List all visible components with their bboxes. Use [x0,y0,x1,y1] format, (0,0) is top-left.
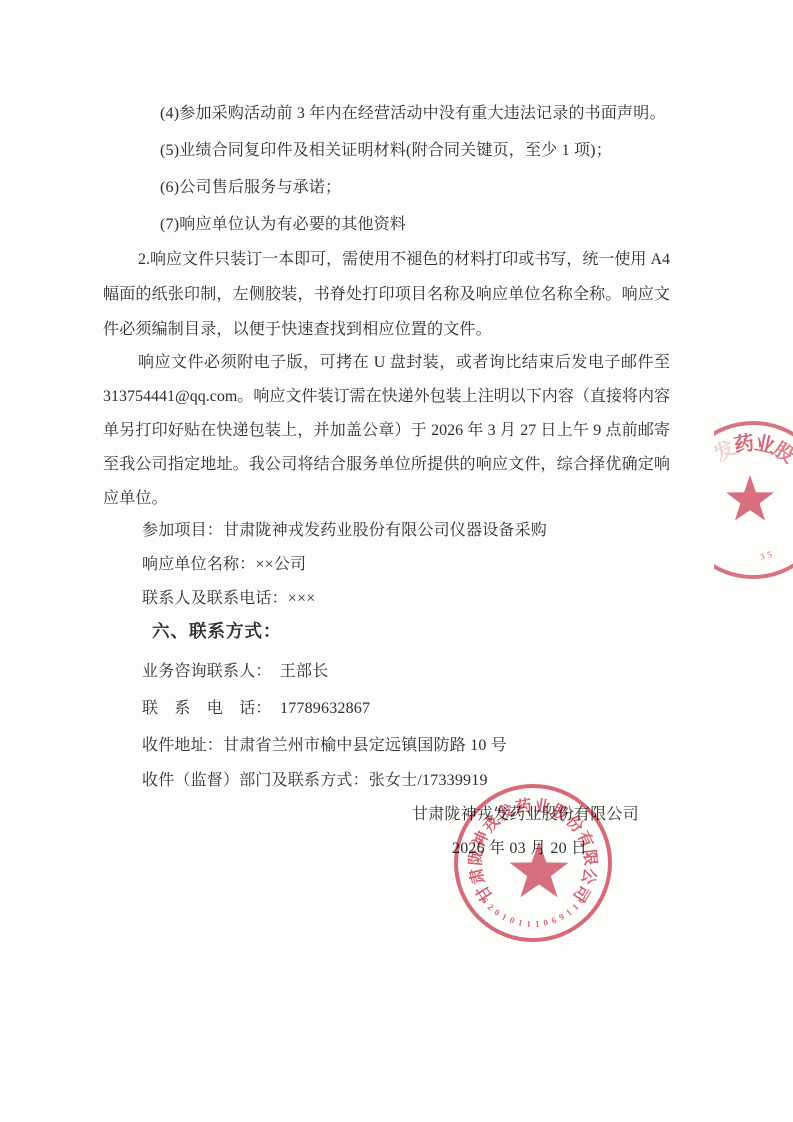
seal-arc-char: 公 [577,865,599,887]
para-submit-line-2: 313754441@qq.com。响应文件装订需在快递外包装上注明以下内容（直接… [103,386,670,408]
star-icon [724,474,776,526]
seal-arc-char: 1 [498,910,512,924]
para-binding-line-2: 幅面的纸张印制，左侧胶装，书脊处打印项目名称及响应单位名称全称。响应文 [103,284,670,306]
seal-serial-fragment: 35 [759,548,776,562]
list-item-5: (5)业绩合同复印件及相关证明材料(附合同关键页，至少 1 项)； [160,140,612,162]
business-contact-line: 业务咨询联系人： 王部长 [142,661,328,683]
seal-arc-char: 0 [540,917,552,929]
seal-arc-char: 1 [568,900,582,914]
contact-info-line: 联系人及联系电话：××× [142,588,315,610]
unit-name-line: 响应单位名称：××公司 [142,554,306,576]
seal-arc-char: 6 [574,894,588,908]
para-submit-line-3: 单另打印好贴在快递包装上，并加盖公章）于 2026 年 3 月 27 日上午 9… [103,420,670,442]
address-line: 收件地址：甘肃省兰州市榆中县定远镇国防路 10 号 [142,735,507,757]
para-binding-line-3: 件必须编制目录，以便于快速查找到相应位置的文件。 [103,319,492,341]
cross-page-seal: 发药业股 35 [714,408,793,596]
para-submit-line-1: 响应文件必须附电子版，可拷在 U 盘封装，或者询比结束后发电子邮件至 [138,352,670,374]
list-item-6: (6)公司售后服务与承诺； [160,177,341,199]
seal-arc-char: 肃 [468,865,490,887]
seal-arc-char: 司 [568,880,593,905]
seal-arc-char: 1 [514,917,526,929]
seal-arc-char: 业 [752,432,778,458]
signature-company: 甘肃陇神戎发药业股份有限公司 [412,804,639,826]
seal-arc-char: 1 [523,919,534,930]
contact-section-heading: 六、联系方式： [152,620,282,642]
list-item-7: (7)响应单位认为有必要的其他资料 [160,214,406,236]
seal-arc-char: 甘 [473,880,498,905]
seal-arc-char: 1 [532,919,543,930]
seal-arc-char: 药 [732,432,757,457]
seal-ring [714,421,793,579]
seal-arc-char: 发 [714,436,740,466]
seal-arc-char: 9 [555,910,569,924]
seal-arc-char: 0 [490,905,504,919]
phone-line: 联 系 电 话： 17789632867 [142,698,370,720]
document-page: (4)参加采购活动前 3 年内在经营活动中没有重大违法记录的书面声明。 (5)业… [0,0,793,1122]
para-submit-line-5: 应单位。 [103,488,168,510]
para-submit-line-4: 至我公司指定地址。我公司将结合服务单位所提供的响应文件，综合择优确定响 [103,454,670,476]
para-binding-line-1: 2.响应文件只装订一本即可，需使用不褪色的材料打印或书写，统一使用 A4 [138,249,670,271]
seal-arc-char: 0 [506,914,519,927]
seal-arc-char: 1 [562,905,576,919]
company-seal: 甘肃陇神戎发药业股份有限公司 62010111069116 [0,0,793,1122]
seal-arc-char: 6 [478,894,492,908]
seal-arc-char: 股 [768,438,793,468]
seal-arc-char: 2 [484,900,498,914]
project-name-line: 参加项目：甘肃陇神戎发药业股份有限公司仪器设备采购 [142,520,547,542]
supervisor-line: 收件（监督）部门及联系方式：张女士/17339919 [142,770,488,792]
seal-arc-char: 6 [547,914,560,927]
signature-date: 2026 年 03 月 20 日 [452,838,587,860]
list-item-4: (4)参加采购活动前 3 年内在经营活动中没有重大违法记录的书面声明。 [160,103,666,125]
